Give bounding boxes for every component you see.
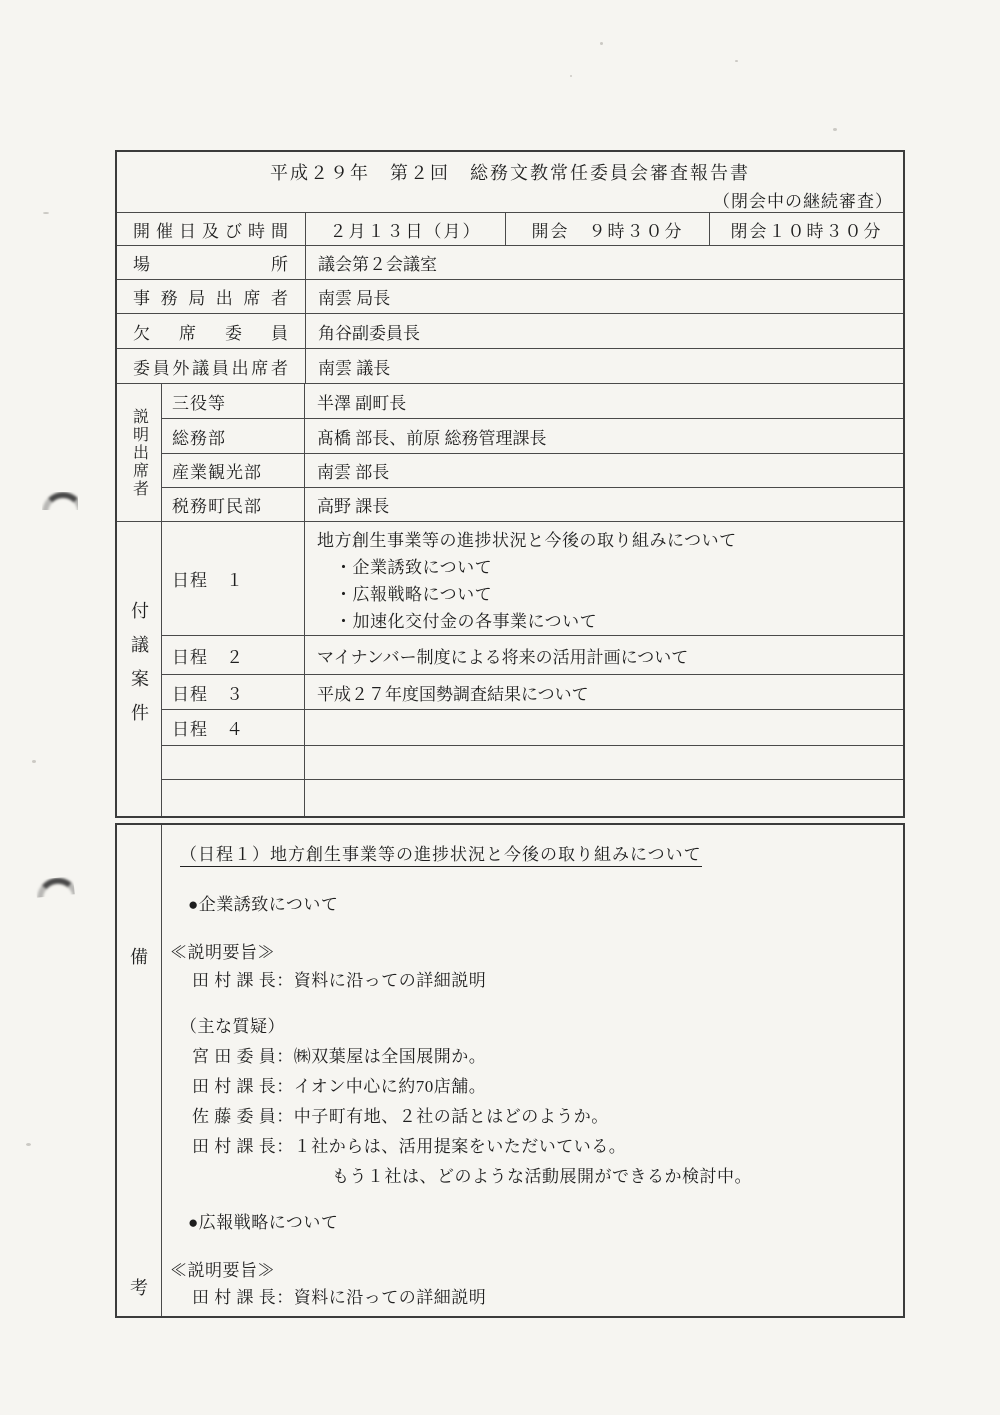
remarks-section2-bullet: ●広報戦略について [162,1211,903,1235]
agenda-item-no: 日程 １ [162,522,304,635]
remarks-table: 備 考 （日程１）地方創生事業等の進捗状況と今後の取り組みについて ●企業誘致に… [115,823,905,1318]
absent-row: 欠席委員 角谷副委員長 [117,313,903,348]
report-header-table: 平成２９年 第２回 総務文教常任委員会審査報告書 （閉会中の継続審査） 開催日及… [115,150,905,818]
meeting-date: ２月１３日（月） [305,213,505,245]
remarks-heading: （日程１）地方創生事業等の進捗状況と今後の取り組みについて [162,843,903,867]
presenter-dept: 産業観光部 [162,454,304,487]
presenters-section: 説明出席者 三役等 半澤 副町長 総務部 髙橋 部長、前原 総務管理課長 産業観… [117,383,903,521]
schedule-label: 開催日及び時間 [117,213,305,245]
remarks-vertical-label-bottom: 考 [130,1274,148,1300]
agenda-row-4: 日程 ４ [162,709,903,745]
agenda-row-2: 日程 ２ マイナンバー制度による将来の活用計画について [162,635,903,674]
summary-label: ≪説明要旨≫ [162,941,903,965]
absent-value: 角谷副委員長 [305,314,903,348]
place-label: 場所 [117,246,305,279]
presenter-row: 三役等 半澤 副町長 [162,384,903,418]
scan-speck [43,212,49,214]
summary-line: 田 村 課 長：資料に沿っての詳細説明 [162,1286,903,1310]
qa-line: 宮 田 委 員：㈱双葉屋は全国展開か。 [162,1045,903,1069]
agenda-subtopic: ・広報戦略について [317,581,492,608]
agenda-topic: 地方創生事業等の進捗状況と今後の取り組みについて [317,527,737,554]
agenda-item-no: 日程 ２ [162,636,304,674]
qa-line: 田 村 課 長：１社からは、活用提案をいただいている。 [162,1135,903,1159]
place-row: 場所 議会第２会議室 [117,245,903,279]
nonmember-label: 委員外議員出席者 [117,349,305,383]
summary-line: 田 村 課 長：資料に沿っての詳細説明 [162,969,903,993]
agenda-vertical-label: 付議案件 [126,601,152,737]
presenter-names: 髙橋 部長、前原 総務管理課長 [304,419,903,453]
scanned-committee-report: 平成２９年 第２回 総務文教常任委員会審査報告書 （閉会中の継続審査） 開催日及… [0,0,1000,1415]
qa-label: （主な質疑） [162,1015,903,1039]
absent-label: 欠席委員 [117,314,305,348]
presenter-names: 半澤 副町長 [304,384,903,418]
scan-artifact-arc [35,876,74,897]
scan-speck [833,128,837,131]
agenda-row-1: 日程 １ 地方創生事業等の進捗状況と今後の取り組みについて ・企業誘致について … [162,522,903,635]
presenter-row: 税務町民部 高野 課長 [162,487,903,521]
report-title: 平成２９年 第２回 総務文教常任委員会審査報告書 [117,152,903,185]
summary-label: ≪説明要旨≫ [162,1259,903,1283]
agenda-vertical-label-cell: 付議案件 [117,522,162,816]
remarks-vertical-label-cell: 備 考 [117,825,162,1316]
agenda-row-empty [162,779,903,816]
agenda-item-no: 日程 ４ [162,710,304,745]
schedule-row: 開催日及び時間 ２月１３日（月） 開会 ９時３０分 閉会１０時３０分 [117,212,903,245]
presenter-dept: 税務町民部 [162,488,304,521]
agenda-subtopic: ・企業誘致について [317,554,492,581]
presenter-names: 高野 課長 [304,488,903,521]
presenter-row: 総務部 髙橋 部長、前原 総務管理課長 [162,418,903,453]
agenda-section: 付議案件 日程 １ 地方創生事業等の進捗状況と今後の取り組みについて ・企業誘致… [117,521,903,816]
close-time: 閉会１０時３０分 [709,213,903,245]
presenter-dept: 総務部 [162,419,304,453]
remarks-section1-bullet: ●企業誘致について [162,893,903,917]
scan-speck [735,60,738,62]
open-time: 開会 ９時３０分 [505,213,709,245]
secretariat-value: 南雲 局長 [305,280,903,313]
nonmember-value: 南雲 議長 [305,349,903,383]
presenter-names: 南雲 部長 [304,454,903,487]
agenda-topic [304,710,903,745]
scan-speck [600,42,603,45]
agenda-topic: 平成２７年度国勢調査結果について [304,675,903,709]
qa-line: 佐 藤 委 員：中子町有地、２社の話とはどのようか。 [162,1105,903,1129]
scan-speck [26,1143,31,1146]
agenda-subtopic: ・加速化交付金の各事業について [317,608,597,635]
remarks-vertical-label-top: 備 [130,943,148,969]
agenda-item-no: 日程 ３ [162,675,304,709]
qa-line: 田 村 課 長：イオン中心に約70店舗。 [162,1075,903,1099]
presenters-vertical-label: 説明出席者 [128,408,151,498]
place-value: 議会第２会議室 [305,246,903,279]
scan-speck [570,75,572,77]
agenda-topic: マイナンバー制度による将来の活用計画について [304,636,903,674]
presenter-dept: 三役等 [162,384,304,418]
nonmember-row: 委員外議員出席者 南雲 議長 [117,348,903,383]
scan-artifact-arc [42,492,78,510]
agenda-row-3: 日程 ３ 平成２７年度国勢調査結果について [162,674,903,709]
agenda-row-empty [162,745,903,779]
secretariat-label: 事務局出席者 [117,280,305,313]
presenter-row: 産業観光部 南雲 部長 [162,453,903,487]
remarks-content: （日程１）地方創生事業等の進捗状況と今後の取り組みについて ●企業誘致について … [162,825,903,1316]
scan-speck [32,760,36,763]
qa-line-continuation: もう１社は、どのような活動展開ができるか検討中。 [162,1165,903,1189]
secretariat-row: 事務局出席者 南雲 局長 [117,279,903,313]
report-subtitle: （閉会中の継続審査） [117,185,903,212]
presenters-vertical-label-cell: 説明出席者 [117,384,162,521]
title-row: 平成２９年 第２回 総務文教常任委員会審査報告書 （閉会中の継続審査） [117,152,903,212]
